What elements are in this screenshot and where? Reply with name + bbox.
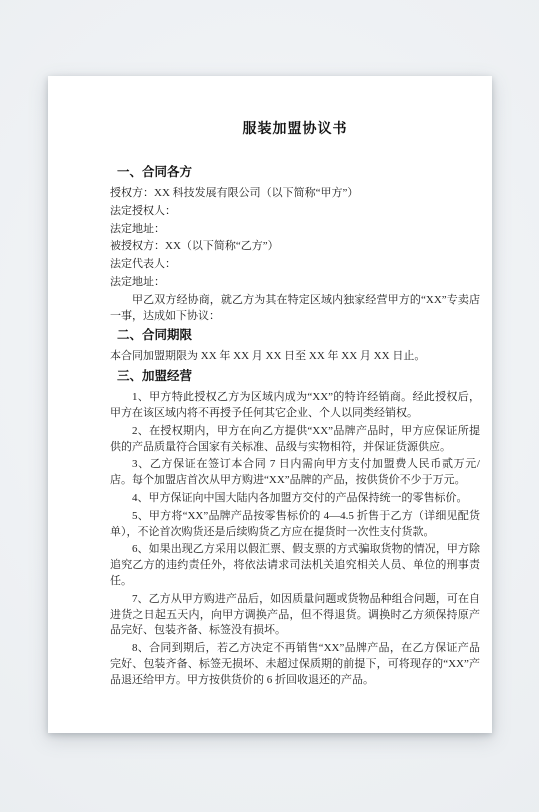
paragraph: 5、甲方将“XX”品牌产品按零售标价的 4—4.5 折售于乙方（详细见配货单），… <box>110 509 480 541</box>
paragraph: 本合同加盟期限为 XX 年 XX 月 XX 日至 XX 年 XX 月 XX 日止… <box>110 349 480 365</box>
paragraph: 法定代表人： <box>110 257 480 273</box>
document-page: 服装加盟协议书 一、合同各方授权方：XX 科技发展有限公司（以下简称“甲方”）法… <box>48 76 492 733</box>
paragraph: 3、乙方保证在签订本合同 7 日内需向甲方支付加盟费人民币贰万元/店。每个加盟店… <box>110 457 480 489</box>
section-heading: 一、合同各方 <box>110 163 480 181</box>
paragraph: 4、甲方保证向中国大陆内各加盟方交付的产品保持统一的零售标价。 <box>110 491 480 507</box>
paragraph: 7、乙方从甲方购进产品后，如因质量问题或货物品种组合问题，可在自进货之日起五天内… <box>110 592 480 639</box>
paragraph: 2、在授权期内，甲方在向乙方提供“XX”品牌产品时，甲方应保证所提供的产品质量符… <box>110 424 480 456</box>
document-title: 服装加盟协议书 <box>110 120 480 140</box>
paragraph: 1、甲方特此授权乙方为区域内成为“XX”的特许经销商。经此授权后，甲方在该区域内… <box>110 390 480 422</box>
paragraph: 授权方：XX 科技发展有限公司（以下简称“甲方”） <box>110 186 480 202</box>
section-heading: 二、合同期限 <box>110 326 480 344</box>
document-body: 一、合同各方授权方：XX 科技发展有限公司（以下简称“甲方”）法定授权人：法定地… <box>110 163 480 689</box>
paragraph: 6、如果出现乙方采用以假汇票、假支票的方式骗取货物的情况，甲方除追究乙方的违约责… <box>110 542 480 589</box>
paragraph: 8、合同到期后，若乙方决定不再销售“XX”品牌产品，在乙方保证产品完好、包装齐备… <box>110 641 480 688</box>
background: 服装加盟协议书 一、合同各方授权方：XX 科技发展有限公司（以下简称“甲方”）法… <box>0 0 539 812</box>
section-heading: 三、加盟经营 <box>110 367 480 385</box>
paragraph: 被授权方：XX（以下简称“乙方”） <box>110 239 480 255</box>
paragraph: 法定地址： <box>110 275 480 291</box>
paragraph: 甲乙双方经协商，就乙方为其在特定区域内独家经营甲方的“XX”专卖店一事，达成如下… <box>110 293 480 325</box>
paragraph: 法定授权人： <box>110 204 480 220</box>
paragraph: 法定地址： <box>110 222 480 238</box>
